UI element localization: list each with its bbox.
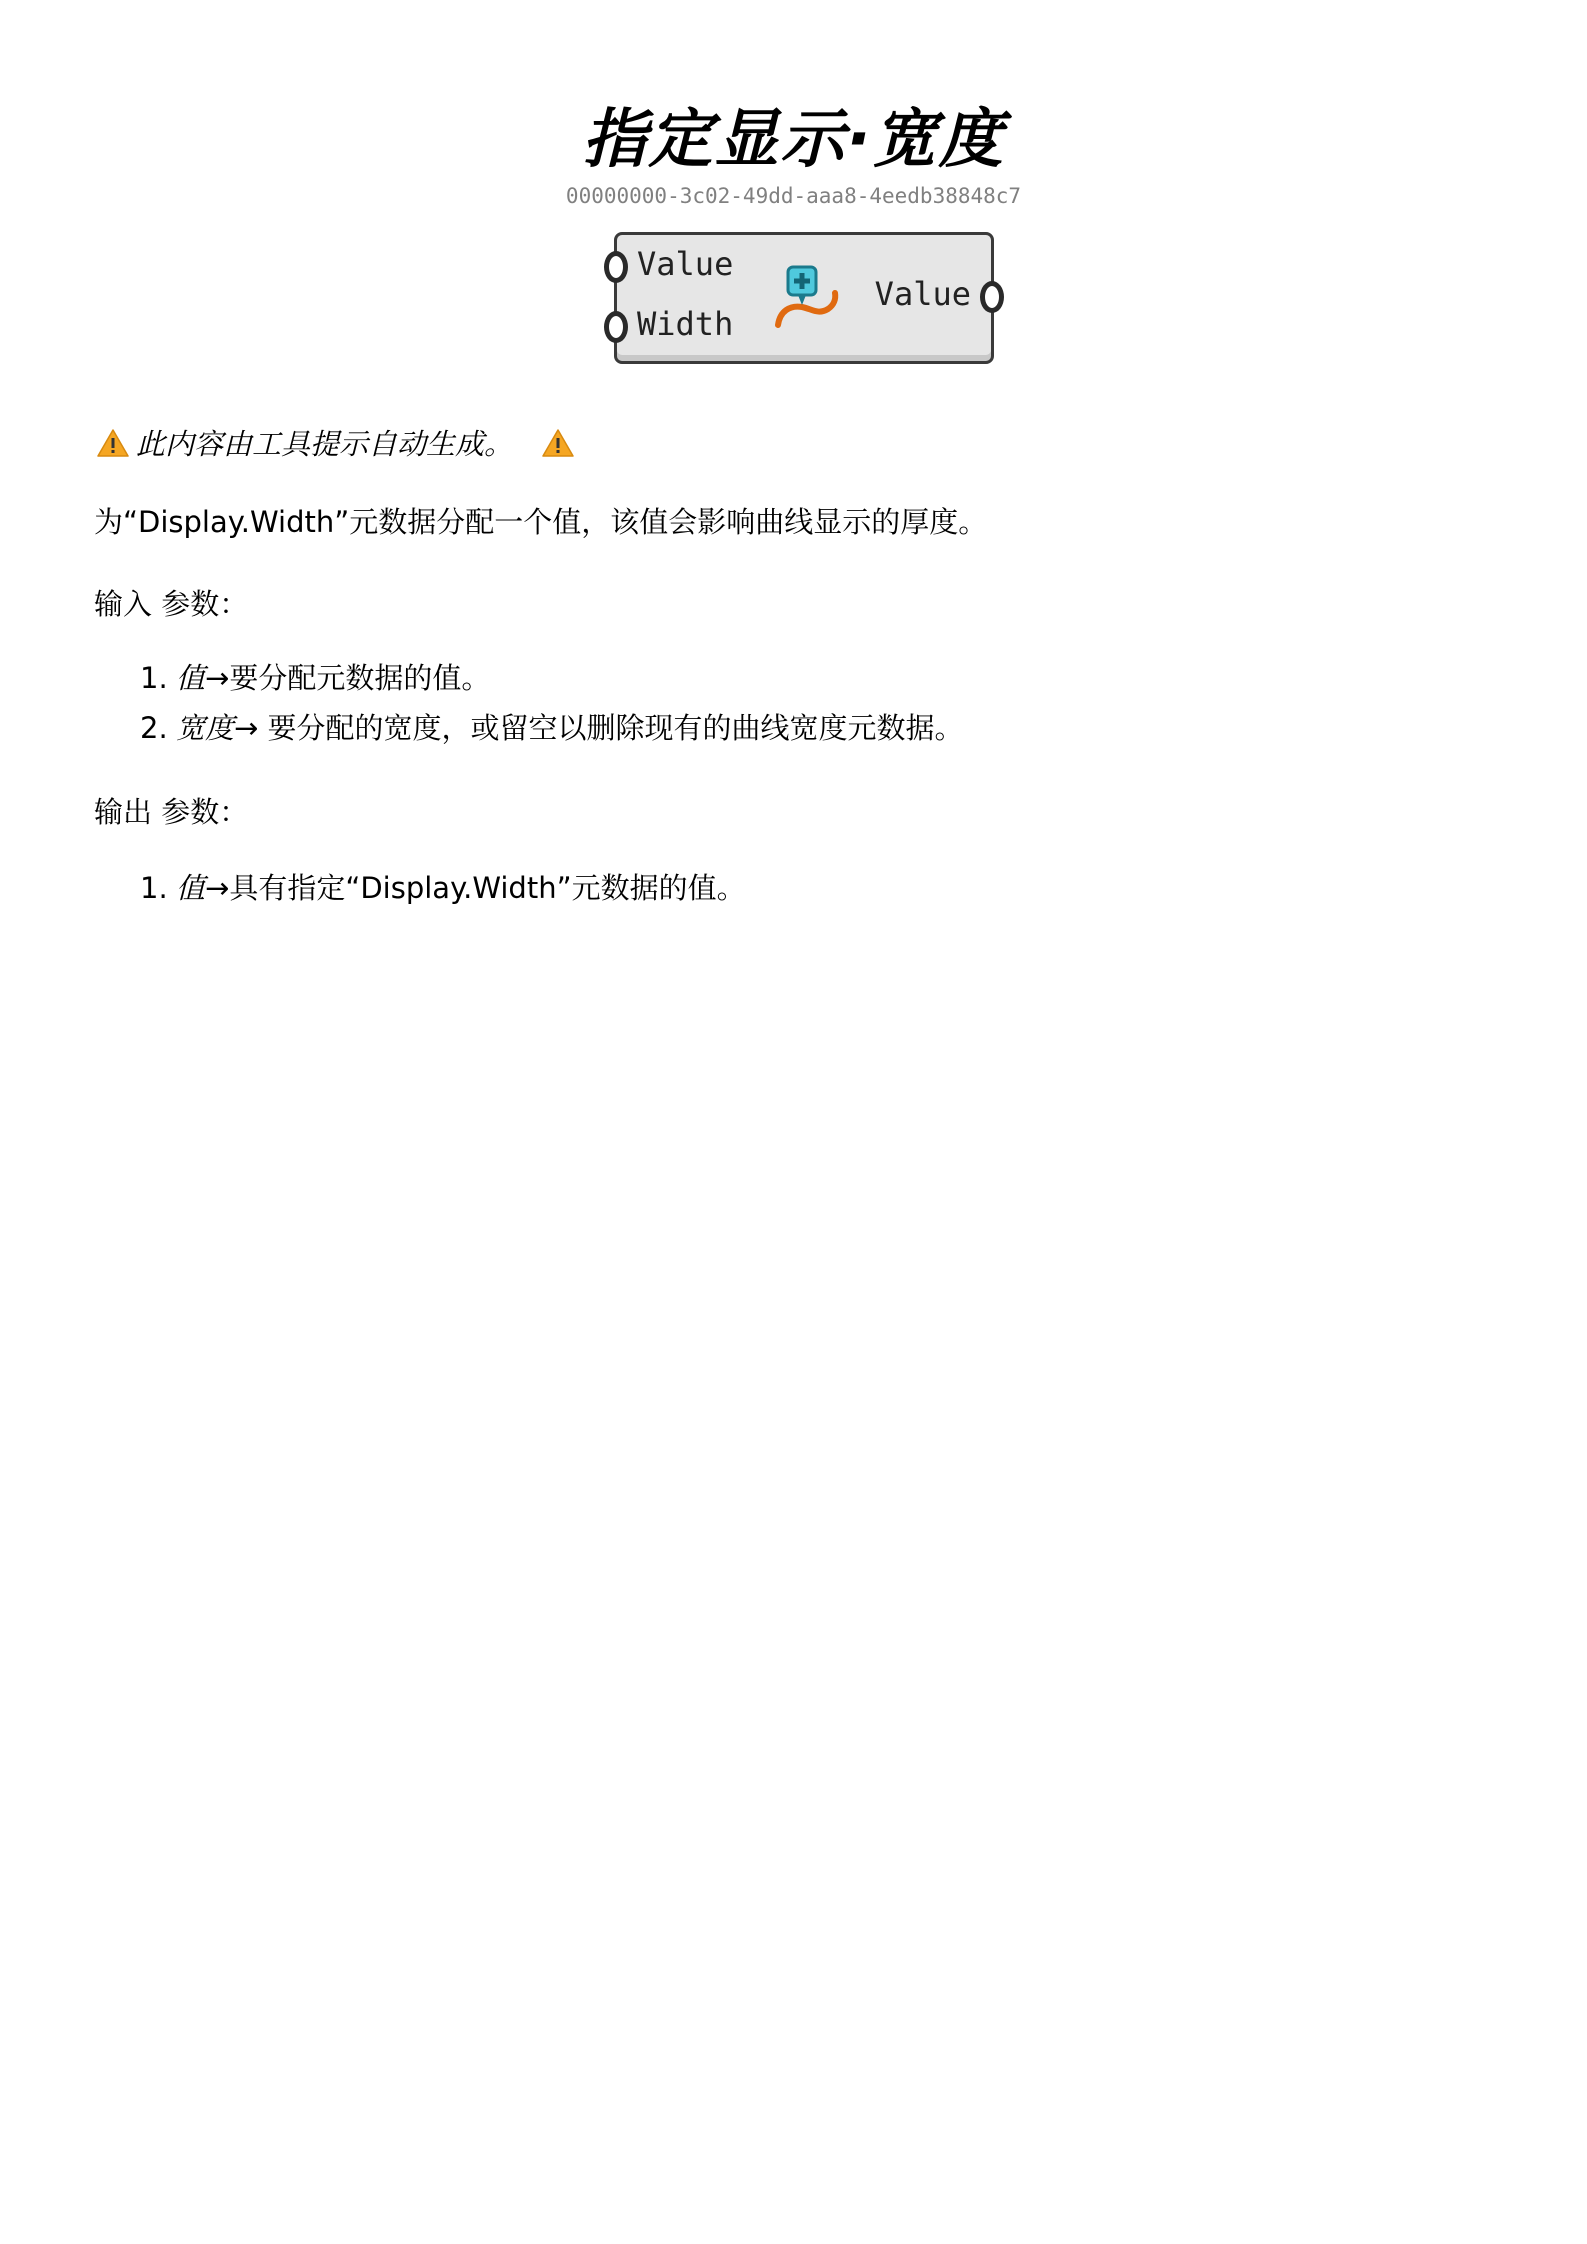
- input-port-width: [604, 311, 628, 343]
- component-guid: 00000000-3c02-49dd-aaa8-4eedb38848c7: [0, 184, 1587, 208]
- param-name: 值: [176, 871, 205, 905]
- warning-icon: [96, 428, 130, 458]
- inputs-heading: 输入 参数：: [94, 582, 248, 623]
- inputs-list: 1.值→要分配元数据的值。 2.宽度→ 要分配的宽度，或留空以删除现有的曲线宽度…: [140, 653, 964, 753]
- outputs-heading: 输出 参数：: [94, 790, 248, 831]
- outputs-list: 1.值→具有指定“Display.Width”元数据的值。: [140, 863, 746, 913]
- param-name: 宽度: [176, 711, 234, 745]
- param-desc: → 要分配的宽度，或留空以删除现有的曲线宽度元数据。: [234, 711, 964, 745]
- list-item: 1.值→要分配元数据的值。: [140, 653, 964, 703]
- auto-generated-notice: 此内容由工具提示自动生成。: [96, 422, 575, 463]
- warning-text: 此内容由工具提示自动生成。: [136, 422, 513, 463]
- input-label-width: Width: [637, 305, 733, 343]
- param-desc: →要分配元数据的值。: [205, 661, 490, 695]
- component-node: Value Width Value: [614, 232, 994, 364]
- description: 为“Display.Width”元数据分配一个值，该值会影响曲线显示的厚度。: [94, 500, 987, 541]
- output-port-value: [980, 281, 1004, 313]
- list-item: 1.值→具有指定“Display.Width”元数据的值。: [140, 863, 746, 913]
- curve-width-metadata-icon: [772, 263, 842, 333]
- page-title: 指定显示·宽度: [0, 100, 1587, 180]
- param-name: 值: [176, 661, 205, 695]
- param-desc: →具有指定“Display.Width”元数据的值。: [205, 871, 746, 905]
- warning-icon: [541, 428, 575, 458]
- input-label-value: Value: [637, 245, 733, 283]
- output-label-value: Value: [875, 275, 971, 313]
- input-port-value: [604, 251, 628, 283]
- list-item: 2.宽度→ 要分配的宽度，或留空以删除现有的曲线宽度元数据。: [140, 703, 964, 753]
